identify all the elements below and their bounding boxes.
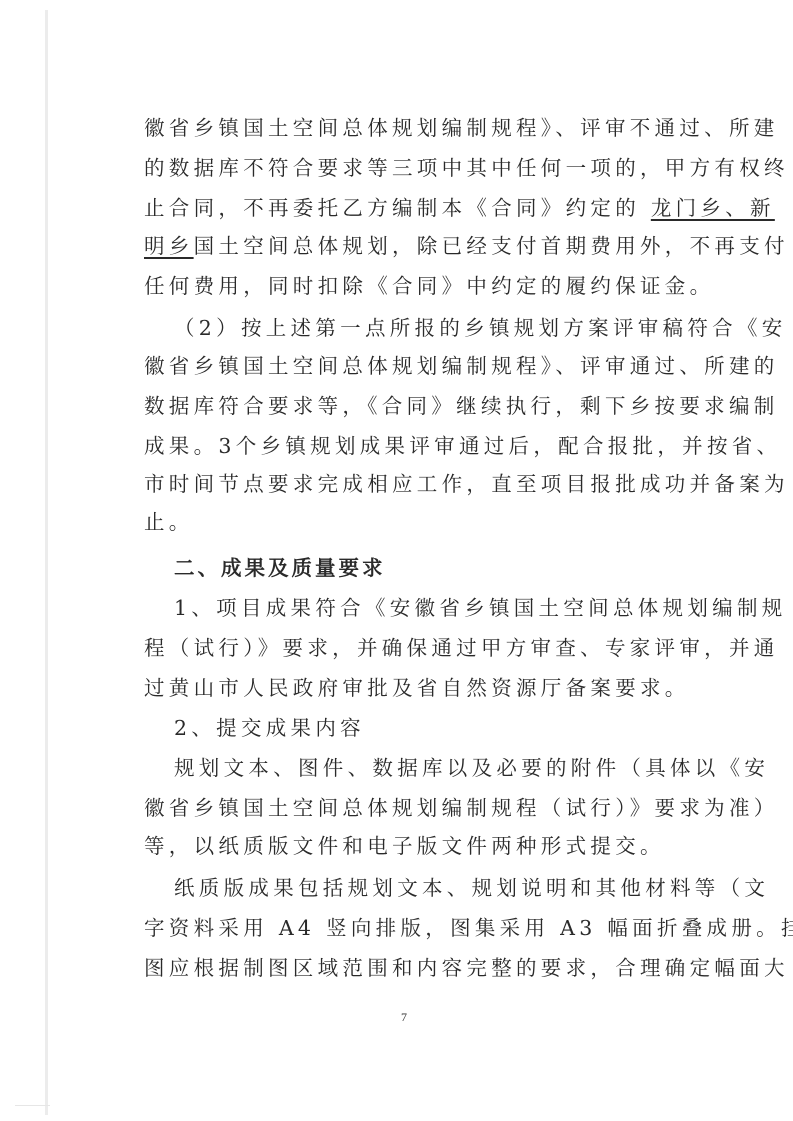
paragraph-line: 徽省乡镇国土空间总体规划编制规程》、评审不通过、所建 <box>144 113 666 143</box>
paragraph-line: 徽省乡镇国土空间总体规划编制规程（试行）》要求为准） <box>144 793 666 823</box>
paragraph-line: 任何费用，同时扣除《合同》中约定的履约保证金。 <box>144 271 666 301</box>
section-heading: 二、成果及质量要求 <box>144 553 666 583</box>
paragraph-line: 止。 <box>144 507 666 537</box>
paragraph-line: （2）按上述第一点所报的乡镇规划方案评审稿符合《安 <box>144 313 666 343</box>
paragraph-line: 1、项目成果符合《安徽省乡镇国土空间总体规划编制规 <box>144 593 666 623</box>
line-text: 止合同，不再委托乙方编制本《合同》约定的 <box>144 196 651 220</box>
paragraph-line: 等，以纸质版文件和电子版文件两种形式提交。 <box>144 831 666 861</box>
scan-edge-line <box>45 10 48 1115</box>
underlined-township-names: 龙门乡、新 <box>651 196 775 220</box>
page-number: 7 <box>401 1010 407 1025</box>
paragraph-line: 止合同，不再委托乙方编制本《合同》约定的 龙门乡、新 <box>144 193 666 223</box>
paragraph-line: 徽省乡镇国土空间总体规划编制规程》、评审通过、所建的 <box>144 351 666 381</box>
paragraph-line: 的数据库不符合要求等三项中其中任何一项的，甲方有权终 <box>144 153 666 183</box>
paragraph-line: 纸质版成果包括规划文本、规划说明和其他材料等（文 <box>144 873 666 903</box>
paragraph-line: 数据库符合要求等，《合同》继续执行，剩下乡按要求编制 <box>144 391 666 421</box>
subsection-heading: 2、提交成果内容 <box>144 713 666 743</box>
paragraph-line: 规划文本、图件、数据库以及必要的附件（具体以《安 <box>144 753 666 783</box>
underlined-township-names: 明乡 <box>144 234 194 258</box>
paragraph-line: 程（试行）》要求，并确保通过甲方审查、专家评审，并通 <box>144 633 666 663</box>
paragraph-line: 过黄山市人民政府审批及省自然资源厅备案要求。 <box>144 673 666 703</box>
paragraph-line: 市时间节点要求完成相应工作，直至项目报批成功并备案为 <box>144 469 666 499</box>
paragraph-line: 成果。3个乡镇规划成果评审通过后，配合报批，并按省、 <box>144 431 666 461</box>
paragraph-line: 明乡国土空间总体规划，除已经支付首期费用外，不再支付 <box>144 231 666 261</box>
line-text: 国土空间总体规划，除已经支付首期费用外，不再支付 <box>194 234 789 258</box>
paragraph-line: 图应根据制图区域范围和内容完整的要求，合理确定幅面大 <box>144 953 666 983</box>
scan-edge-line-bottom <box>15 1105 50 1106</box>
paragraph-line: 字资料采用 A4 竖向排版，图集采用 A3 幅面折叠成册。挂 <box>144 913 666 943</box>
